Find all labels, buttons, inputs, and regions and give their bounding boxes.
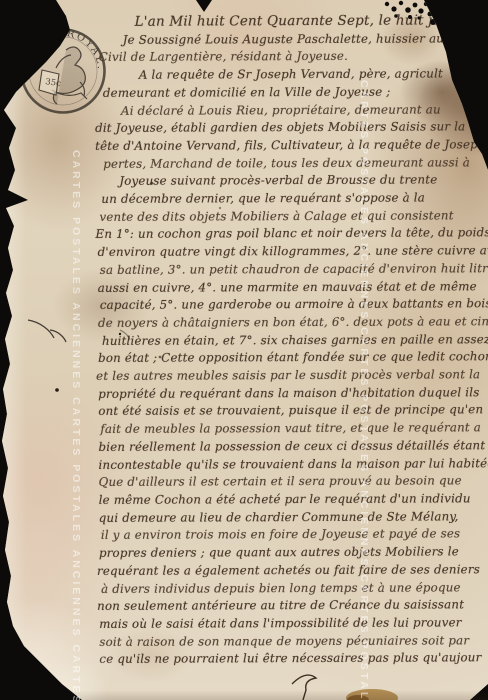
manuscript-line: tête d'Antoine Vervand, fils, Cultivateu… <box>95 136 488 156</box>
manuscript-line: mais où le saisi était dans l'impossibil… <box>97 614 488 634</box>
manuscript-line: Joyeuse suivant procès-verbal de Brousse… <box>95 171 488 191</box>
manuscript-line: Je Soussigné Louis Auguste Paschalette, … <box>95 30 488 50</box>
manuscript-line: huitlières en étain, et 7°. six chaises … <box>96 331 488 351</box>
manuscript-line: A la requête de Sr Joseph Vervand, père,… <box>95 65 488 85</box>
manuscript-line: capacité, 5°. une garderobe ou armoire à… <box>96 295 488 315</box>
manuscript-line: Ai déclaré à Louis Rieu, propriétaire, d… <box>95 101 488 121</box>
manuscript-line: sa batline, 3°. un petit chaudron de cap… <box>96 260 488 280</box>
scan-backdrop: ROYAL. 35c L'an Mil huit Cent Quarante S… <box>0 0 488 700</box>
manuscript-line: bon état ; Cette opposition étant fondée… <box>96 348 488 368</box>
manuscript-line: un décembre dernier, que le requérant s'… <box>95 189 488 209</box>
manuscript-line: soit à raison de son manque de moyens pé… <box>97 632 488 652</box>
manuscript-line: bien réellement la possession de ceux ci… <box>96 437 488 457</box>
manuscript-line: requérant les a également achetés ou fai… <box>97 561 488 581</box>
manuscript-line: il y a environ trois mois en foire de Jo… <box>97 525 488 545</box>
manuscript-line: de noyers à châtaigniers en bon état, 6°… <box>96 313 488 333</box>
manuscript-line: le même Cochon a été acheté par le requé… <box>97 490 488 510</box>
manuscript-text: L'an Mil huit Cent Quarante Sept, le hui… <box>95 12 488 669</box>
bottom-right-tear <box>470 684 488 700</box>
manuscript-line: non seulement antérieure au titre de Cré… <box>97 596 488 616</box>
manuscript-line: propriété du requérant dans la maison d'… <box>96 384 488 404</box>
manuscript-line: demeurant et domicilié en la Ville de Jo… <box>95 83 488 103</box>
manuscript-line: dit Joyeuse, établi gardien des objets M… <box>95 118 488 138</box>
manuscript-line: d'environ quatre vingt dix killogrammes,… <box>96 242 488 262</box>
manuscript-line: propres deniers ; que quant aux autres o… <box>97 543 488 563</box>
manuscript-line: pertes, Marchand de toile, tous les deux… <box>95 154 488 174</box>
manuscript-line: incontestable qu'ils se trouvaient dans … <box>97 455 488 475</box>
manuscript-line: ce qu'ils ne pourraient lui être nécessa… <box>97 649 488 669</box>
seal-fragment <box>346 689 398 700</box>
manuscript-line: Civil de Largentière, résidant à Joyeuse… <box>95 47 488 67</box>
manuscript-line: à divers individus depuis bien long temp… <box>97 579 488 599</box>
manuscript-line: qui demeure au lieu de chardier Commune … <box>97 508 488 528</box>
manuscript-line: et les autres meubles saisis par le susd… <box>96 366 488 386</box>
manuscript-line: ont été saisis et se trouvaient, puisque… <box>96 402 488 422</box>
signature-flourish <box>292 675 316 700</box>
document-paper: ROYAL. 35c L'an Mil huit Cent Quarante S… <box>0 0 488 700</box>
manuscript-line: aussi en cuivre, 4°. une marmite en mauv… <box>96 278 488 298</box>
manuscript-line: vente des dits objets Mobiliers à Calage… <box>95 207 488 227</box>
manuscript-line: En 1°: un cochon gras poil blanc et noir… <box>95 225 488 245</box>
manuscript-line: Que d'ailleurs il est certain et il sera… <box>97 472 488 492</box>
manuscript-line: L'an Mil huit Cent Quarante Sept, le hui… <box>95 12 488 32</box>
manuscript-line: fait de meubles la possession vaut titre… <box>96 419 488 439</box>
